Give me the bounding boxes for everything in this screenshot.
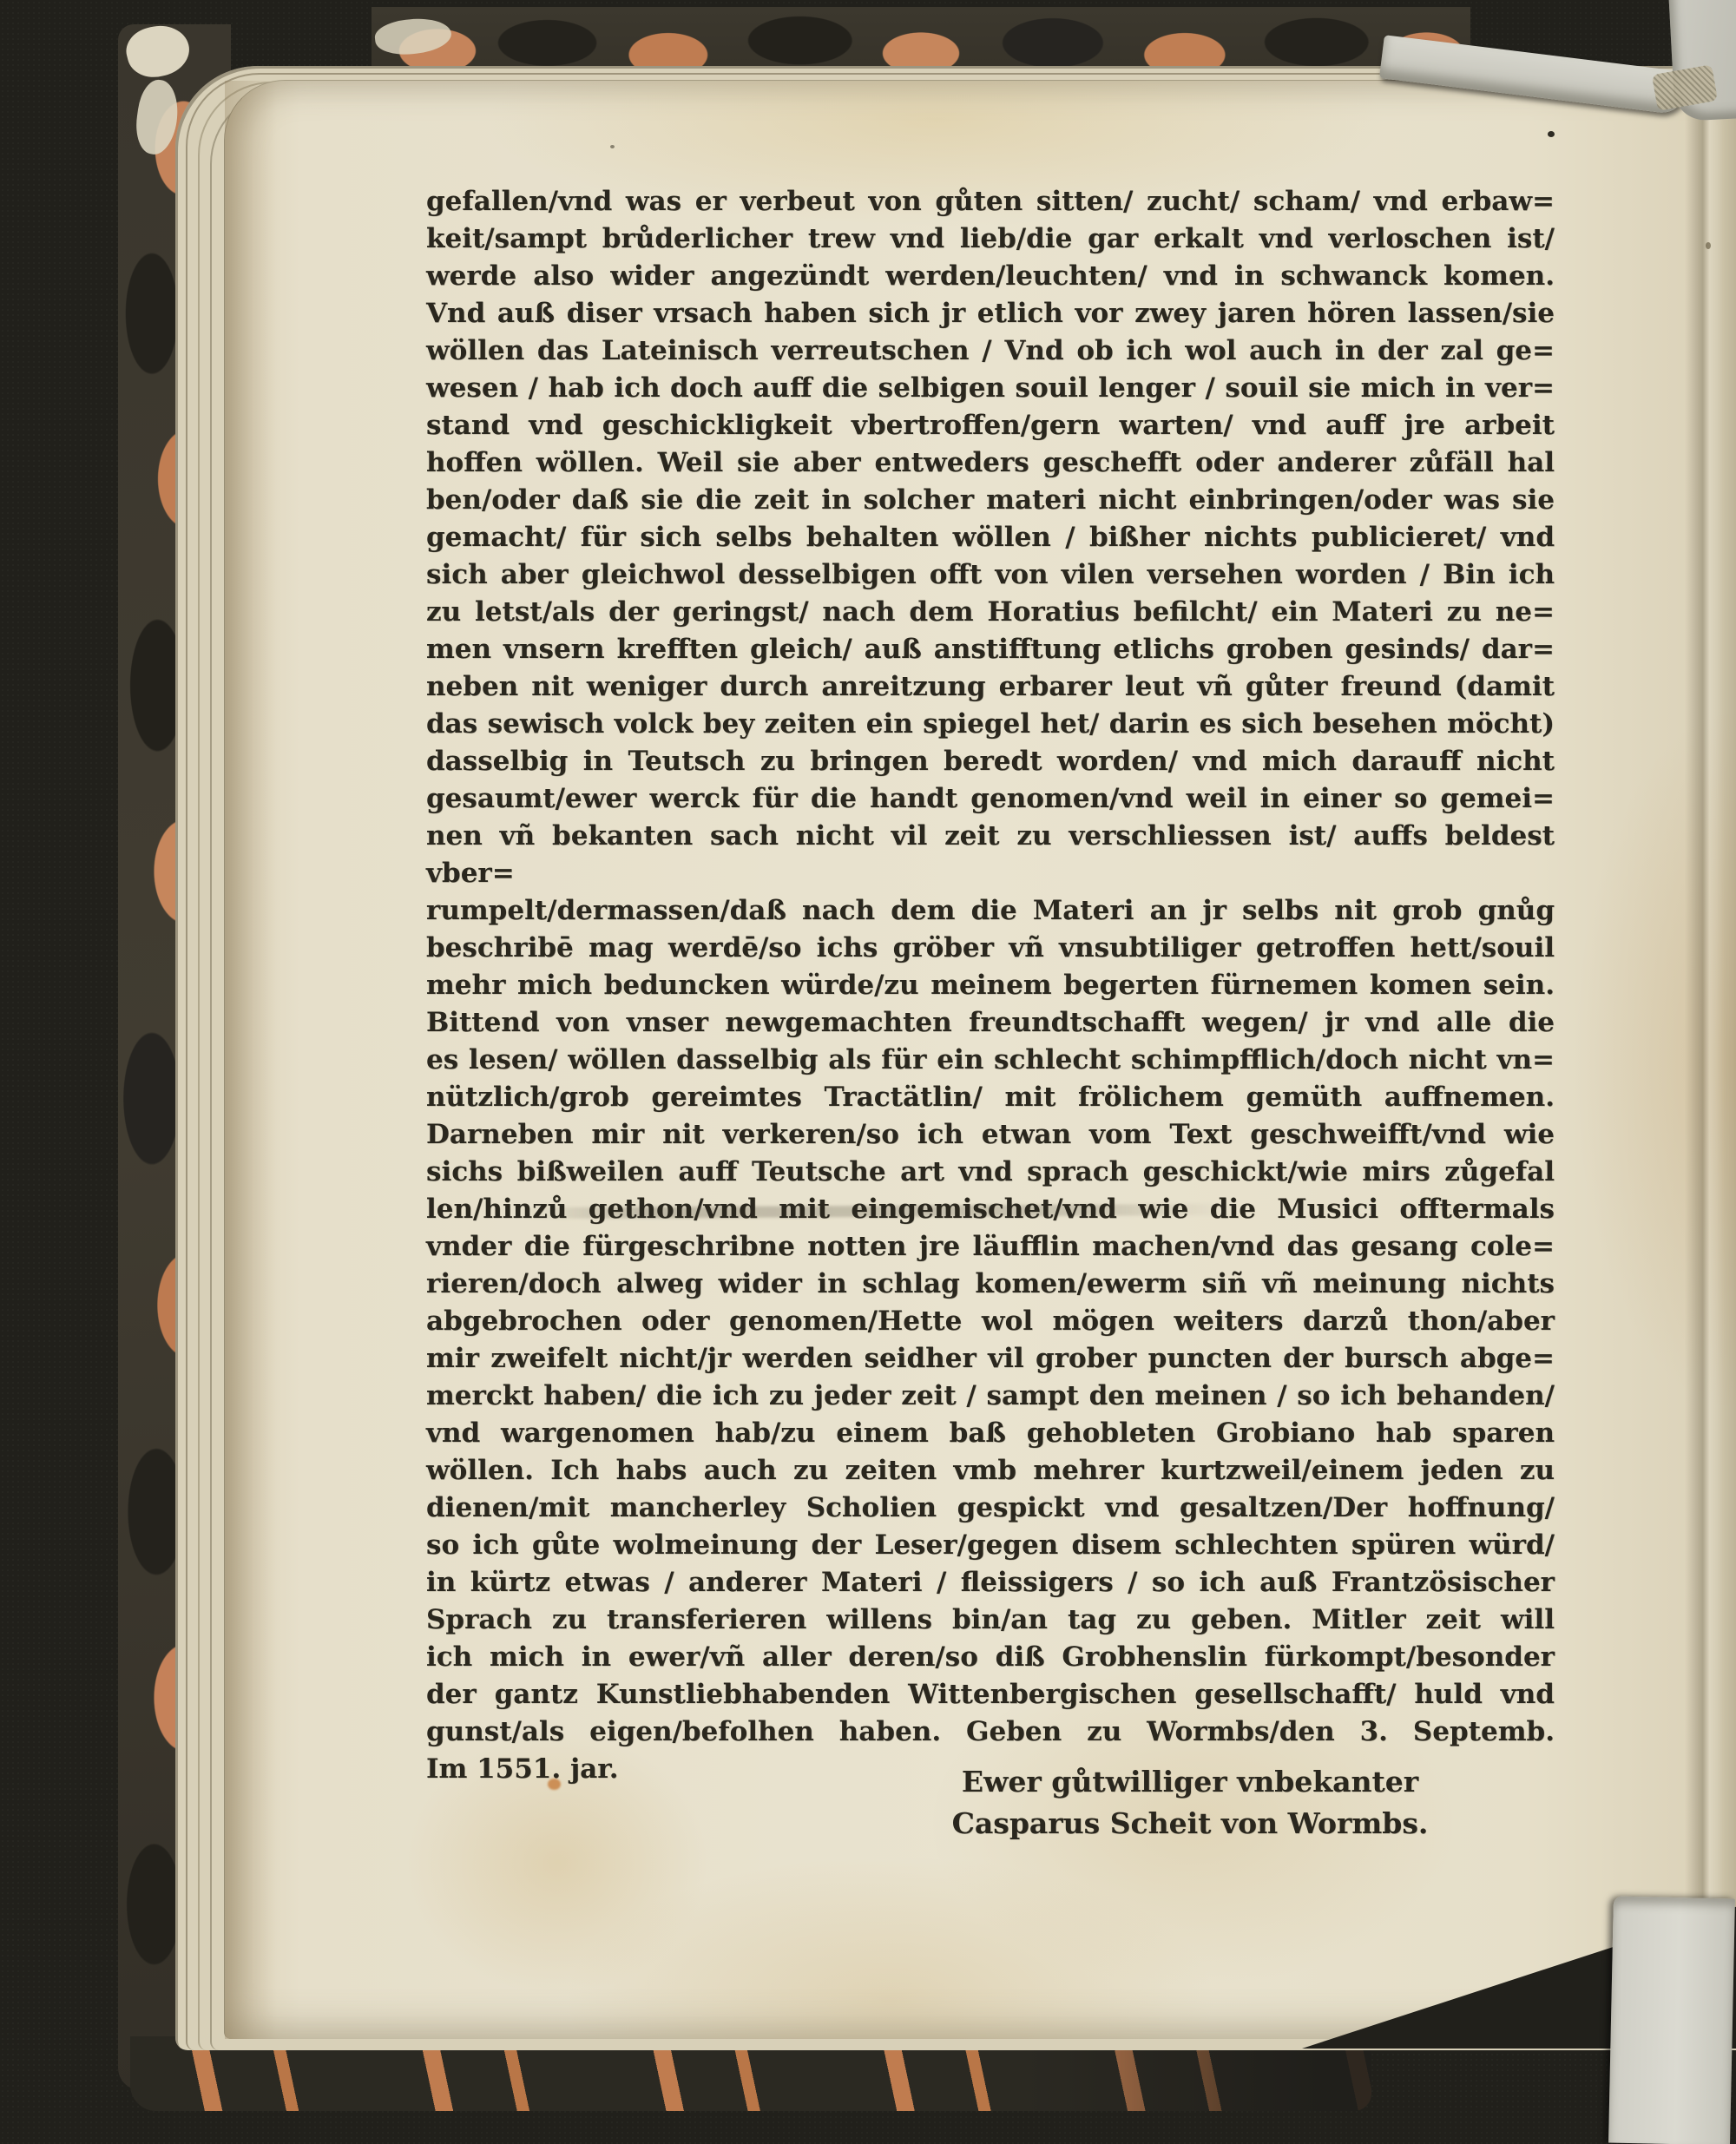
text-line: gunst/als eigen/befolhen haben. Geben zu…: [426, 1713, 1555, 1751]
text-line: vnder die fürgeschribne notten jre läuff…: [426, 1228, 1555, 1266]
text-line: wöllen das Lateinisch verreutschen / Vnd…: [426, 332, 1555, 370]
text-line: stand vnd geschickligkeit vbertroffen/ge…: [426, 407, 1555, 444]
text-line: so ich gůte wolmeinung der Leser/gegen d…: [426, 1527, 1555, 1564]
text-line: zu letst/als der geringst/ nach dem Hora…: [426, 594, 1555, 631]
text-line: vnd wargenomen hab/zu einem baß gehoblet…: [426, 1415, 1555, 1452]
text-line: nen vñ bekanten sach nicht vil zeit zu v…: [426, 818, 1555, 892]
text-line: das sewisch volck bey zeiten ein spiegel…: [426, 706, 1555, 743]
text-line: wesen / hab ich doch auff die selbigen s…: [426, 370, 1555, 407]
text-line: rumpelt/dermassen/daß nach dem die Mater…: [426, 892, 1555, 930]
text-line: Bittend von vnser newgemachten freundtsc…: [426, 1004, 1555, 1042]
scan-backdrop: gefallen/vnd was er verbeut von gůten si…: [0, 0, 1736, 2144]
text-line: dasselbig in Teutsch zu bringen beredt w…: [426, 743, 1555, 780]
body-text-block: gefallen/vnd was er verbeut von gůten si…: [426, 183, 1555, 1788]
text-line: gemacht/ für sich selbs behalten wöllen …: [426, 519, 1555, 556]
paper-speck: [1706, 242, 1711, 249]
text-line: nützlich/grob gereimtes Tractätlin/ mit …: [426, 1079, 1555, 1116]
gutter-shadow: [225, 81, 277, 2039]
book-page: gefallen/vnd was er verbeut von gůten si…: [224, 80, 1736, 2039]
text-line: gefallen/vnd was er verbeut von gůten si…: [426, 183, 1555, 220]
text-line: len/hinzů gethon/vnd mit eingemischet/vn…: [426, 1191, 1555, 1228]
page-crease: [1685, 89, 1725, 1973]
text-line: mir zweifelt nicht/jr werden seidher vil…: [426, 1340, 1555, 1378]
text-line: der gantz Kunstliebhabenden Wittenbergis…: [426, 1676, 1555, 1713]
text-line: sichs bißweilen auff Teutsche art vnd sp…: [426, 1154, 1555, 1191]
text-line: in kürtz etwas / anderer Materi / fleiss…: [426, 1564, 1555, 1601]
text-line: sich aber gleichwol desselbigen offt von…: [426, 556, 1555, 594]
text-line: mehr mich beduncken würde/zu meinem bege…: [426, 967, 1555, 1004]
text-line: Sprach zu transferieren willens bin/an t…: [426, 1601, 1555, 1639]
text-line: werde also wider angezündt werden/leucht…: [426, 258, 1555, 295]
text-line: keit/sampt brůderlicher trew vnd lieb/di…: [426, 220, 1555, 258]
text-line: gesaumt/ewer werck für die handt genomen…: [426, 780, 1555, 818]
paper-speck: [1548, 131, 1555, 137]
paper-speck: [610, 145, 615, 148]
signature-line: Casparus Scheit von Wormbs.: [869, 1803, 1511, 1845]
text-line: ben/oder daß sie die zeit in solcher mat…: [426, 482, 1555, 519]
text-line: es lesen/ wöllen dasselbig als für ein s…: [426, 1042, 1555, 1079]
text-line: Vnd auß diser vrsach haben sich jr etlic…: [426, 295, 1555, 332]
text-line: rieren/doch alweg wider in schlag komen/…: [426, 1266, 1555, 1303]
text-line: wöllen. Ich habs auch zu zeiten vmb mehr…: [426, 1452, 1555, 1490]
text-line: ich mich in ewer/vñ aller deren/so diß G…: [426, 1639, 1555, 1676]
signature-line: Ewer gůtwilliger vnbekanter: [869, 1761, 1511, 1803]
text-line: abgebrochen oder genomen/Hette wol mögen…: [426, 1303, 1555, 1340]
text-line: Darneben mir nit verkeren/so ich etwan v…: [426, 1116, 1555, 1154]
text-line: neben nit weniger durch anreitzung erbar…: [426, 668, 1555, 706]
text-line: merckt haben/ die ich zu jeder zeit / sa…: [426, 1378, 1555, 1415]
text-line: hoffen wöllen. Weil sie aber entweders g…: [426, 444, 1555, 482]
text-line: beschribē mag werdē/so ichs gröber vñ vn…: [426, 930, 1555, 967]
text-line: men vnsern krefften gleich/ auß anstifft…: [426, 631, 1555, 668]
text-line: dienen/mit mancherley Scholien gespickt …: [426, 1490, 1555, 1527]
signature-block: Ewer gůtwilliger vnbekanterCasparus Sche…: [869, 1761, 1511, 1845]
vellum-cover-bottom-edge: [1608, 1897, 1735, 2144]
